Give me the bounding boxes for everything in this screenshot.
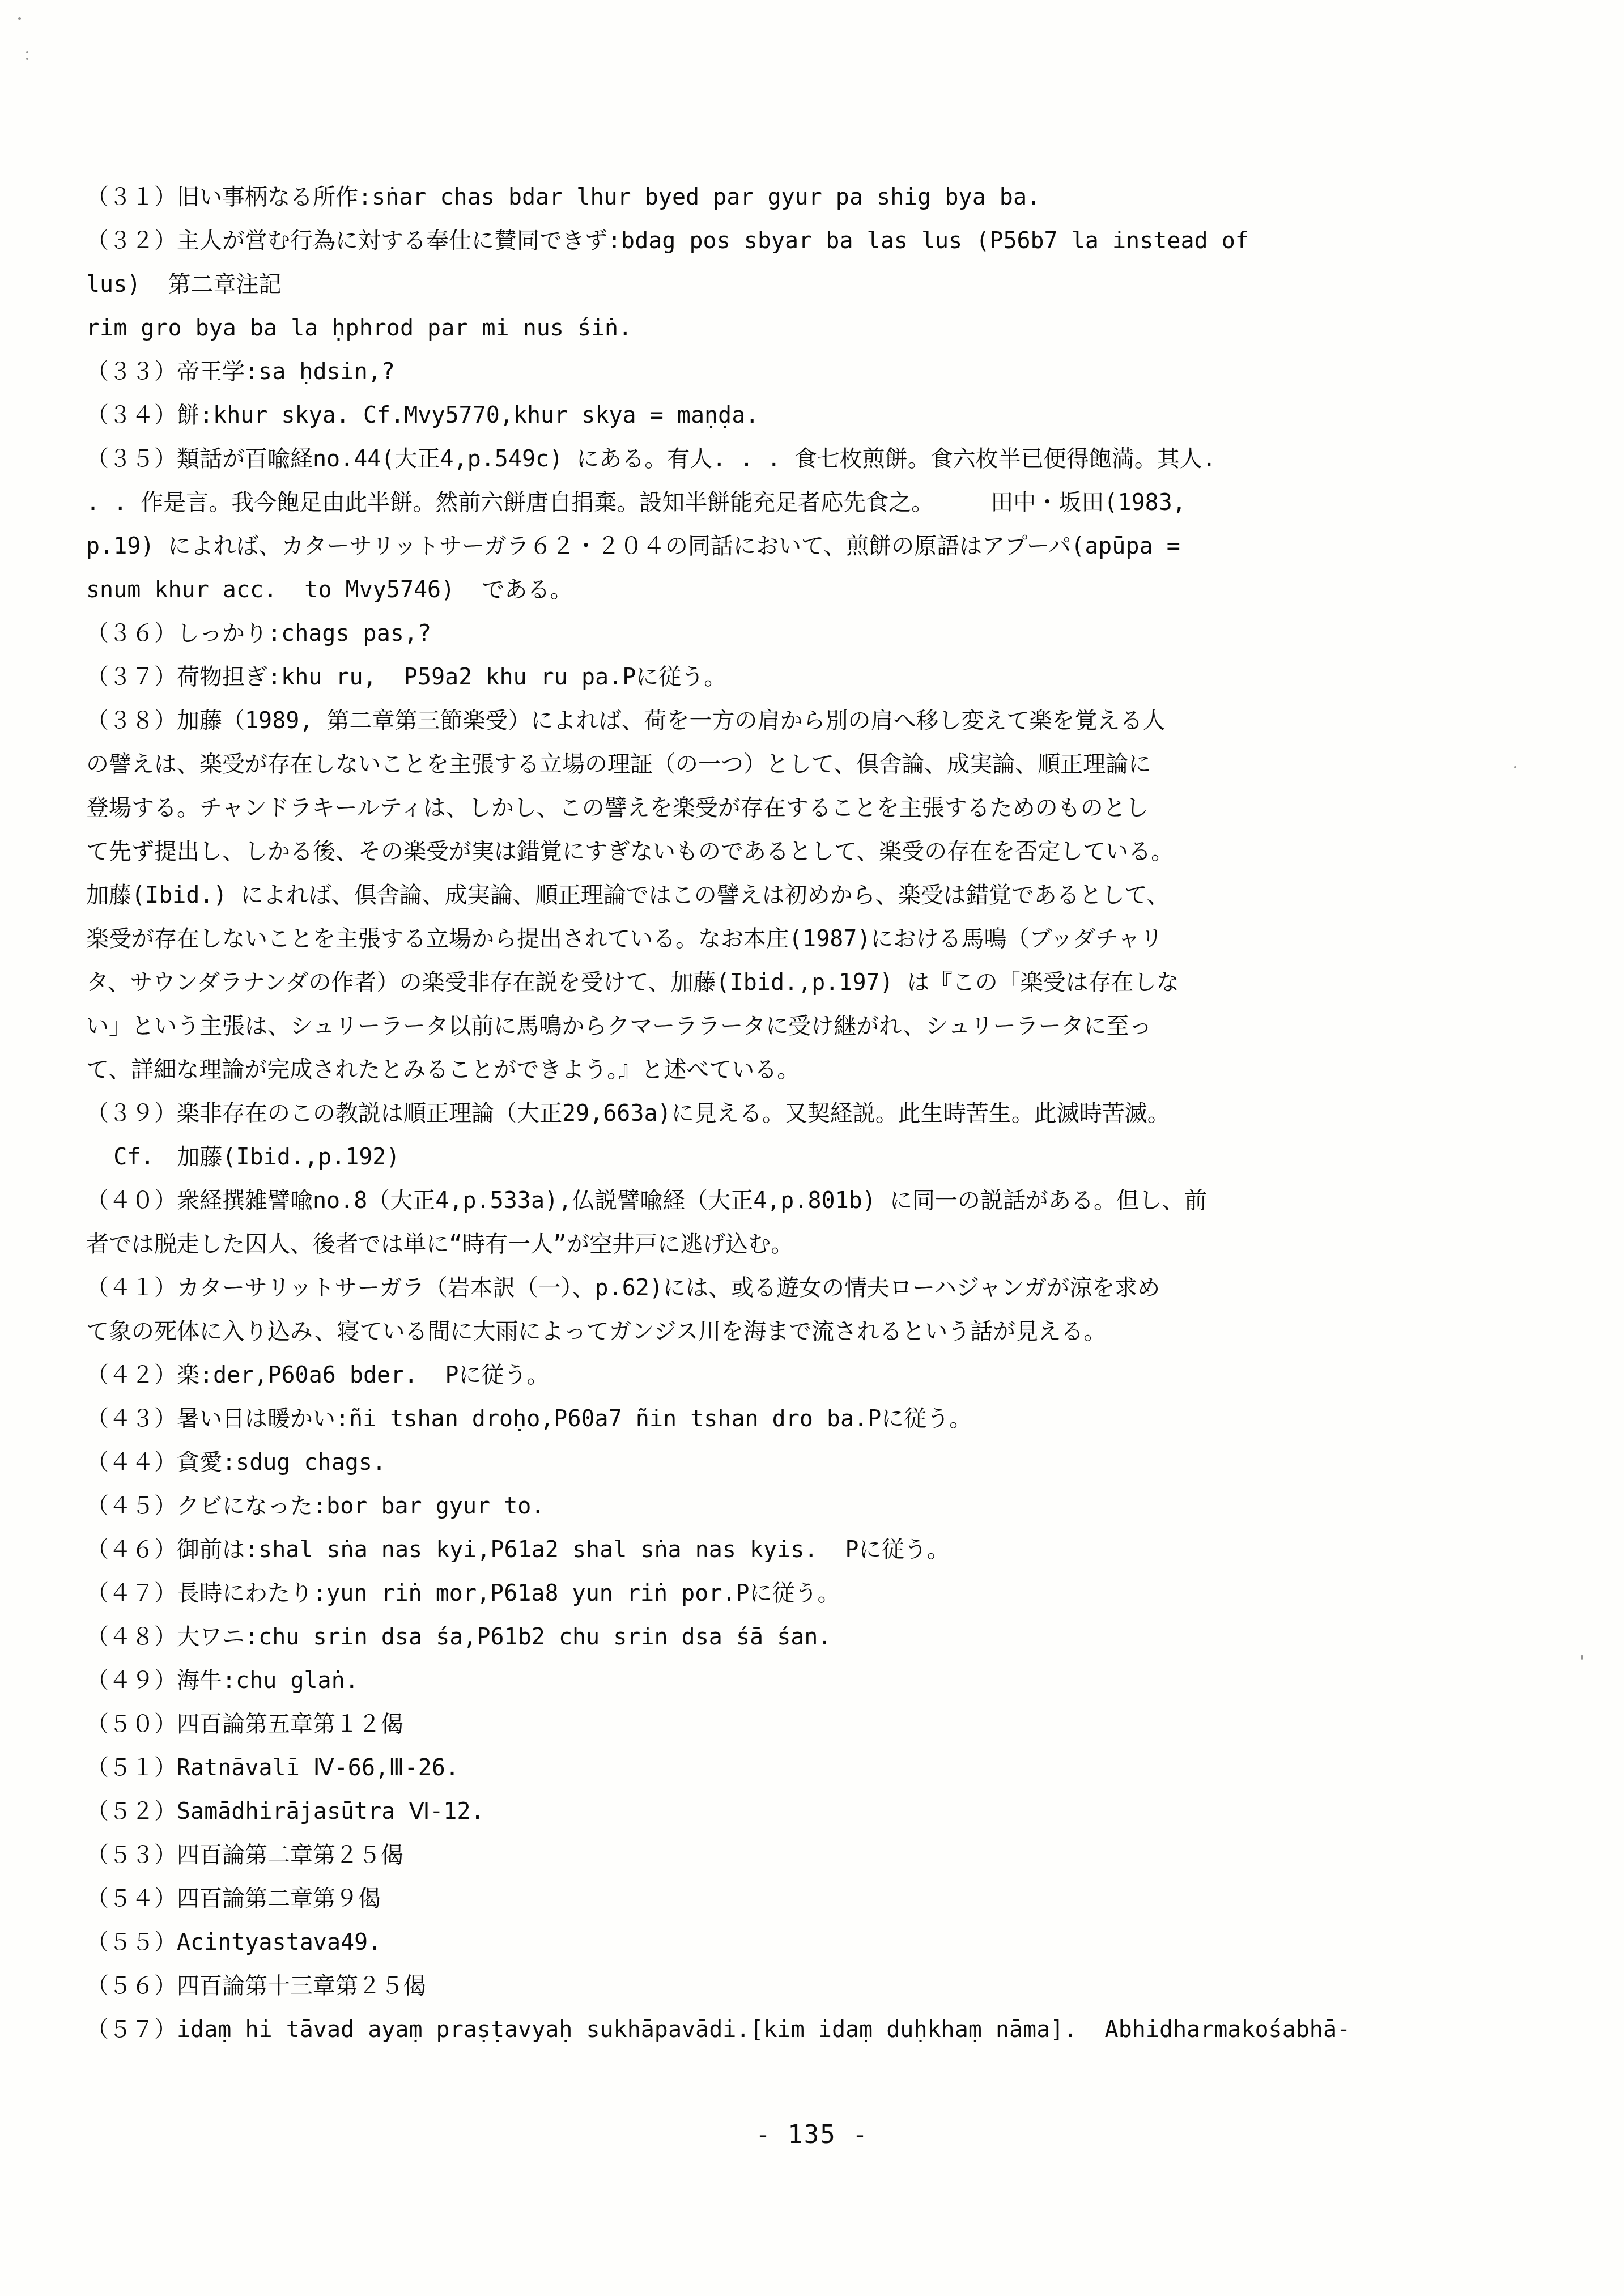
note-38-cont-2: 登場する。チャンドラキールティは、しかし、この譬えを楽受が存在することを主張する…	[86, 786, 1571, 830]
note-40-cont-1: 者では脱走した囚人、後者では単に“時有一人”が空井戸に逃げ込む。	[86, 1223, 1571, 1266]
notes-text-block: （３１）旧い事柄なる所作:sṅar chas bdar lhur byed pa…	[86, 176, 1571, 2052]
note-38-cont-7: い」という主張は、シュリーラータ以前に馬鳴からクマーララータに受け継がれ、シュリ…	[86, 1005, 1571, 1048]
note-39-cont-1: Cf. 加藤(Ibid.,p.192)	[86, 1136, 1571, 1179]
note-38: （３８）加藤（1989, 第二章第三節楽受）によれば、荷を一方の肩から別の肩へ移…	[86, 699, 1571, 743]
note-56: （５６）四百論第十三章第２５偈	[86, 1965, 1571, 2008]
note-33: （３３）帝王学:sa ḥdsin,?	[86, 350, 1571, 394]
note-38-cont-1: の譬えは、楽受が存在しないことを主張する立場の理証（の一つ）として、倶舎論、成実…	[86, 743, 1571, 786]
note-31: （３１）旧い事柄なる所作:sṅar chas bdar lhur byed pa…	[86, 176, 1571, 219]
note-46: （４６）御前は:shal sṅa nas kyi,P61a2 shal sṅa …	[86, 1528, 1571, 1572]
note-41-cont-1: て象の死体に入り込み、寝ている間に大雨によってガンジス川を海まで流されるという話…	[86, 1310, 1571, 1354]
note-38-cont-3: て先ず提出し、しかる後、その楽受が実は錯覚にすぎないものであるとして、楽受の存在…	[86, 830, 1571, 874]
note-35-cont-3: snum khur acc. to Mvy5746) である。	[86, 568, 1571, 612]
note-36: （３６）しっかり:chags pas,?	[86, 612, 1571, 656]
note-54: （５４）四百論第二章第９偈	[86, 1877, 1571, 1921]
note-34: （３４）餅:khur skya. Cf.Mvy5770,khur skya = …	[86, 394, 1571, 437]
note-41: （４１）カターサリットサーガラ（岩本訳（一）、p.62)には、或る遊女の情夫ロー…	[86, 1266, 1571, 1310]
note-32-cont-2: rim gro bya ba la ḥphrod par mi nus śiṅ.	[86, 307, 1571, 350]
note-45: （４５）クビになった:bor bar gyur to.	[86, 1485, 1571, 1528]
scanned-document-page: （３１）旧い事柄なる所作:sṅar chas bdar lhur byed pa…	[0, 0, 1624, 2296]
note-35-cont-1: . . 作是言。我今飽足由此半餅。然前六餅唐自捐棄。設知半餅能充足者応先食之。 …	[86, 481, 1571, 525]
note-47: （４７）長時にわたり:yun riṅ mor,P61a8 yun riṅ por…	[86, 1572, 1571, 1615]
note-38-cont-4: 加藤(Ibid.) によれば、倶舎論、成実論、順正理論ではこの譬えは初めから、楽…	[86, 874, 1571, 917]
scan-speck	[1581, 1655, 1583, 1660]
note-32: （３２）主人が営む行為に対する奉仕に賛同できず:bdag pos sbyar b…	[86, 219, 1571, 263]
note-52: （５２）Samādhirājasūtra Ⅵ-12.	[86, 1790, 1571, 1834]
note-53: （５３）四百論第二章第２５偈	[86, 1834, 1571, 1877]
note-35-cont-2: p.19) によれば、カターサリットサーガラ６２・２０４の同話において、煎餅の原…	[86, 525, 1571, 568]
note-42: （４２）楽:der,P60a6 bder. Pに従う。	[86, 1354, 1571, 1397]
note-44: （４４）貪愛:sdug chags.	[86, 1441, 1571, 1485]
note-38-cont-8: て、詳細な理論が完成されたとみることができよう。』と述べている。	[86, 1048, 1571, 1092]
note-38-cont-6: タ、サウンダラナンダの作者）の楽受非存在説を受けて、加藤(Ibid.,p.197…	[86, 961, 1571, 1005]
note-38-cont-5: 楽受が存在しないことを主張する立場から提出されている。なお本庄(1987)におけ…	[86, 917, 1571, 961]
note-40: （４０）衆経撰雑譬喩no.8（大正4,p.533a),仏説譬喩経（大正4,p.8…	[86, 1179, 1571, 1223]
note-49: （４９）海牛:chu glaṅ.	[86, 1659, 1571, 1703]
scan-speck	[18, 17, 21, 20]
note-48: （４８）大ワニ:chu srin dsa śa,P61b2 chu srin d…	[86, 1615, 1571, 1659]
note-39: （３９）楽非存在のこの教説は順正理論（大正29,663a)に見える。又契経説。此…	[86, 1092, 1571, 1136]
scan-speck	[26, 58, 28, 60]
note-50: （５０）四百論第五章第１２偈	[86, 1703, 1571, 1746]
note-51: （５１）Ratnāvalī Ⅳ-66,Ⅲ-26.	[86, 1746, 1571, 1790]
note-32-cont-1: lus) 第二章注記	[86, 263, 1571, 307]
note-43: （４３）暑い日は暖かい:ñi tshan droḥo,P60a7 ñin tsh…	[86, 1397, 1571, 1441]
page-number: - 135 -	[0, 2120, 1624, 2149]
scan-speck	[26, 51, 28, 53]
note-57: （５７）idaṃ hi tāvad ayaṃ praṣṭavyaḥ sukhāp…	[86, 2008, 1571, 2052]
note-37: （３７）荷物担ぎ:khu ru, P59a2 khu ru pa.Pに従う。	[86, 656, 1571, 699]
note-55: （５５）Acintyastava49.	[86, 1921, 1571, 1965]
note-35: （３５）類話が百喩経no.44(大正4,p.549c) にある。有人. . . …	[86, 437, 1571, 481]
